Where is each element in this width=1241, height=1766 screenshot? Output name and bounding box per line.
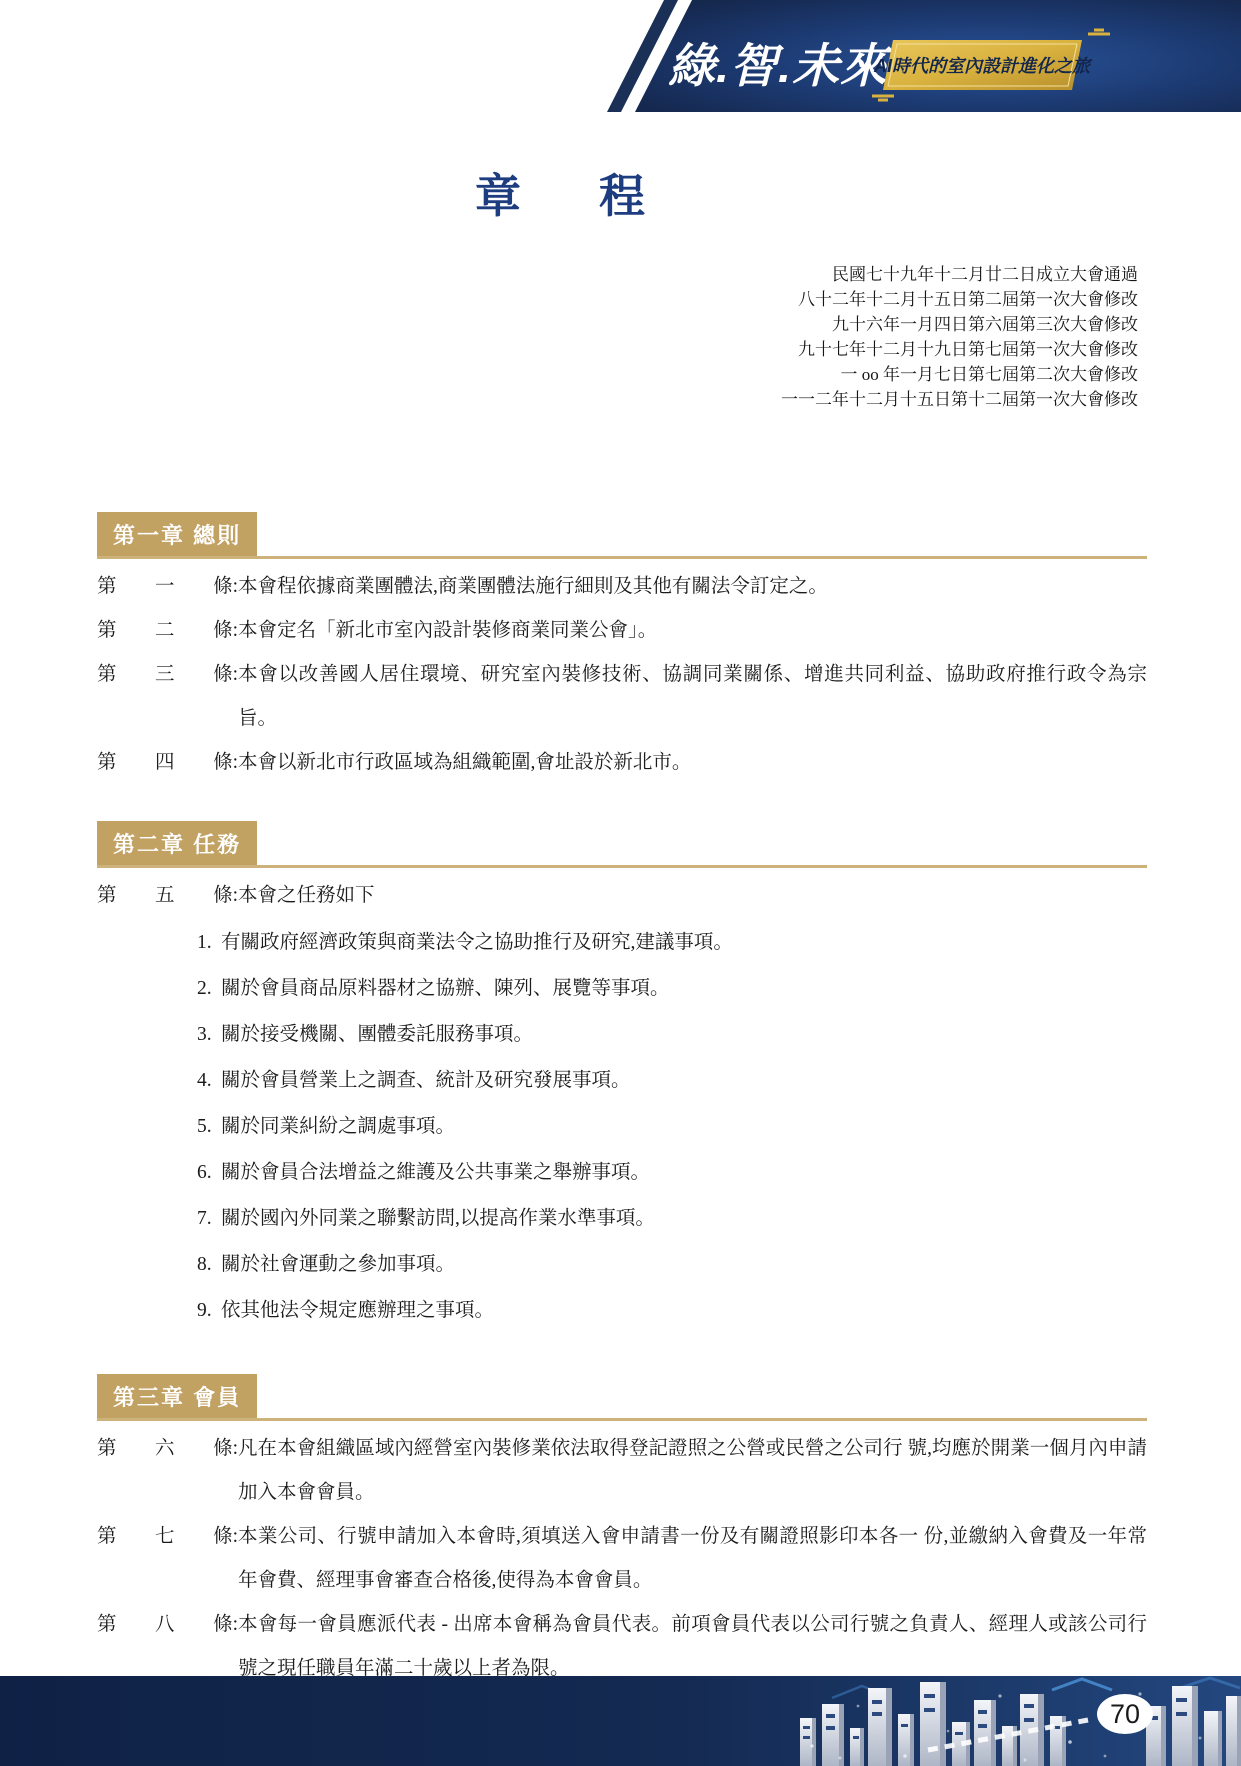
article-label-prefix: 第 xyxy=(97,609,117,653)
article-row: 第 二 條: 本會定名「新北市室內設計裝修商業同業公會」。 xyxy=(97,609,1147,653)
item-text: 關於會員營業上之調查、統計及研究發展事項。 xyxy=(221,1058,1147,1104)
article-text: 本會程依據商業團體法,商業團體法施行細則及其他有關法令訂定之。 xyxy=(238,565,1147,609)
amendment-line: 八十二年十二月十五日第二屆第一次大會修改 xyxy=(781,287,1138,312)
article-row: 第 三 條: 本會以改善國人居住環境、研究室內裝修技術、協調同業關係、增進共同利… xyxy=(97,653,1147,741)
page-number-badge: 70 xyxy=(1097,1694,1153,1734)
article-label: 第 四 條: xyxy=(97,741,238,785)
article-label-number: 七 xyxy=(155,1515,175,1603)
item-text: 關於國內外同業之聯繫訪問,以提高作業水準事項。 xyxy=(221,1196,1147,1242)
article-label-suffix: 條: xyxy=(213,1427,238,1515)
item-number: 2. xyxy=(197,966,221,1012)
task-list-item: 5. 關於同業糾紛之調處事項。 xyxy=(197,1104,1147,1150)
article-label: 第 五 條: xyxy=(97,874,238,918)
article-text: 凡在本會組織區域內經營室內裝修業依法取得登記證照之公營或民營之公司行 號,均應於… xyxy=(238,1427,1147,1515)
item-number: 4. xyxy=(197,1058,221,1104)
item-text: 關於社會運動之參加事項。 xyxy=(221,1242,1147,1288)
article-label-suffix: 條: xyxy=(213,565,238,609)
task-list: 1. 有關政府經濟政策與商業法令之協助推行及研究,建議事項。 2. 關於會員商品… xyxy=(197,920,1147,1334)
event-badge-label: AI時代的室內設計進化之旅 xyxy=(873,56,1093,76)
banner-title: 綠.智.未來 xyxy=(668,39,894,92)
event-banner: 綠.智.未來 AI時代的室內設計進化之旅 xyxy=(0,0,1241,112)
chapter-heading: 第三章 會員 xyxy=(97,1374,257,1418)
article-label: 第 一 條: xyxy=(97,565,238,609)
item-text: 關於同業糾紛之調處事項。 xyxy=(221,1104,1147,1150)
page-number: 70 xyxy=(1110,1699,1140,1729)
article-text: 本會以新北市行政區域為組織範圍,會址設於新北市。 xyxy=(238,741,1147,785)
amendments-block: 民國七十九年十二月廿二日成立大會通過 八十二年十二月十五日第二屆第一次大會修改 … xyxy=(781,262,1138,412)
item-number: 6. xyxy=(197,1150,221,1196)
footer-bar: 70 xyxy=(0,1676,1241,1766)
document-page: 綠.智.未來 AI時代的室內設計進化之旅 章 程 民國七十九年十二月廿二日成立大… xyxy=(0,0,1241,1766)
city-skyline-graphic: 70 xyxy=(0,1676,1241,1766)
article-row: 第 四 條: 本會以新北市行政區域為組織範圍,會址設於新北市。 xyxy=(97,741,1147,785)
item-number: 1. xyxy=(197,920,221,966)
article-label-prefix: 第 xyxy=(97,1427,117,1515)
task-list-item: 6. 關於會員合法增益之維護及公共事業之舉辦事項。 xyxy=(197,1150,1147,1196)
document-body: 第一章 總則 第 一 條: 本會程依據商業團體法,商業團體法施行細則及其他有關法… xyxy=(97,512,1147,1691)
article-label-suffix: 條: xyxy=(213,874,238,918)
item-text: 關於會員商品原料器材之協辦、陳列、展覽等事項。 xyxy=(221,966,1147,1012)
amendment-line: 一 oo 年一月七日第七屆第二次大會修改 xyxy=(781,362,1138,387)
task-list-item: 9. 依其他法令規定應辦理之事項。 xyxy=(197,1288,1147,1334)
article-label-suffix: 條: xyxy=(213,609,238,653)
chapter-3-section-header: 第三章 會員 xyxy=(97,1374,1147,1421)
article-label-number: 一 xyxy=(155,565,175,609)
amendment-line: 九十六年一月四日第六屆第三次大會修改 xyxy=(781,312,1138,337)
article-label: 第 六 條: xyxy=(97,1427,238,1515)
article-label-suffix: 條: xyxy=(213,653,238,741)
chapter-heading: 第二章 任務 xyxy=(97,821,257,865)
page-title: 章 程 xyxy=(0,160,1136,226)
article-text: 本會定名「新北市室內設計裝修商業同業公會」。 xyxy=(238,609,1147,653)
article-label-number: 六 xyxy=(155,1427,175,1515)
article-label-prefix: 第 xyxy=(97,653,117,741)
article-label-prefix: 第 xyxy=(97,1515,117,1603)
article-label-number: 五 xyxy=(155,874,175,918)
amendment-line: 九十七年十二月十九日第七屆第一次大會修改 xyxy=(781,337,1138,362)
chapter-2-section-header: 第二章 任務 xyxy=(97,821,1147,868)
article-label-number: 三 xyxy=(155,653,175,741)
task-list-item: 1. 有關政府經濟政策與商業法令之協助推行及研究,建議事項。 xyxy=(197,920,1147,966)
amendment-line: 一一二年十二月十五日第十二屆第一次大會修改 xyxy=(781,387,1138,412)
task-list-item: 4. 關於會員營業上之調查、統計及研究發展事項。 xyxy=(197,1058,1147,1104)
item-text: 關於接受機關、團體委託服務事項。 xyxy=(221,1012,1147,1058)
article-text: 本會之任務如下 xyxy=(238,874,1147,918)
article-row: 第 五 條: 本會之任務如下 xyxy=(97,874,1147,918)
item-number: 3. xyxy=(197,1012,221,1058)
article-text: 本業公司、行號申請加入本會時,須填送入會申請書一份及有關證照影印本各一 份,並繳… xyxy=(238,1515,1147,1603)
task-list-item: 2. 關於會員商品原料器材之協辦、陳列、展覽等事項。 xyxy=(197,966,1147,1012)
article-label-suffix: 條: xyxy=(213,741,238,785)
item-number: 9. xyxy=(197,1288,221,1334)
article-label-number: 四 xyxy=(155,741,175,785)
item-number: 7. xyxy=(197,1196,221,1242)
amendment-line: 民國七十九年十二月廿二日成立大會通過 xyxy=(781,262,1138,287)
task-list-item: 8. 關於社會運動之參加事項。 xyxy=(197,1242,1147,1288)
article-label: 第 三 條: xyxy=(97,653,238,741)
chapter-heading: 第一章 總則 xyxy=(97,512,257,556)
article-text: 本會以改善國人居住環境、研究室內裝修技術、協調同業關係、增進共同利益、協助政府推… xyxy=(238,653,1147,741)
article-label: 第 七 條: xyxy=(97,1515,238,1603)
item-number: 8. xyxy=(197,1242,221,1288)
item-text: 依其他法令規定應辦理之事項。 xyxy=(221,1288,1147,1334)
item-text: 有關政府經濟政策與商業法令之協助推行及研究,建議事項。 xyxy=(221,920,1147,966)
article-row: 第 七 條: 本業公司、行號申請加入本會時,須填送入會申請書一份及有關證照影印本… xyxy=(97,1515,1147,1603)
article-label-prefix: 第 xyxy=(97,741,117,785)
chapter-3-articles: 第 六 條: 凡在本會組織區域內經營室內裝修業依法取得登記證照之公營或民營之公司… xyxy=(97,1427,1147,1691)
item-number: 5. xyxy=(197,1104,221,1150)
article-row: 第 六 條: 凡在本會組織區域內經營室內裝修業依法取得登記證照之公營或民營之公司… xyxy=(97,1427,1147,1515)
task-list-item: 3. 關於接受機關、團體委託服務事項。 xyxy=(197,1012,1147,1058)
article-label-suffix: 條: xyxy=(213,1515,238,1603)
article-label-prefix: 第 xyxy=(97,565,117,609)
item-text: 關於會員合法增益之維護及公共事業之舉辦事項。 xyxy=(221,1150,1147,1196)
banner-graphic: 綠.智.未來 AI時代的室內設計進化之旅 xyxy=(0,0,1241,112)
article-row: 第 一 條: 本會程依據商業團體法,商業團體法施行細則及其他有關法令訂定之。 xyxy=(97,565,1147,609)
chapter-2-articles: 第 五 條: 本會之任務如下 1. 有關政府經濟政策與商業法令之協助推行及研究,… xyxy=(97,874,1147,1334)
task-list-item: 7. 關於國內外同業之聯繫訪問,以提高作業水準事項。 xyxy=(197,1196,1147,1242)
article-label-number: 二 xyxy=(155,609,175,653)
chapter-1-articles: 第 一 條: 本會程依據商業團體法,商業團體法施行細則及其他有關法令訂定之。 第… xyxy=(97,565,1147,785)
chapter-1-section-header: 第一章 總則 xyxy=(97,512,1147,559)
article-label: 第 二 條: xyxy=(97,609,238,653)
article-label-prefix: 第 xyxy=(97,874,117,918)
